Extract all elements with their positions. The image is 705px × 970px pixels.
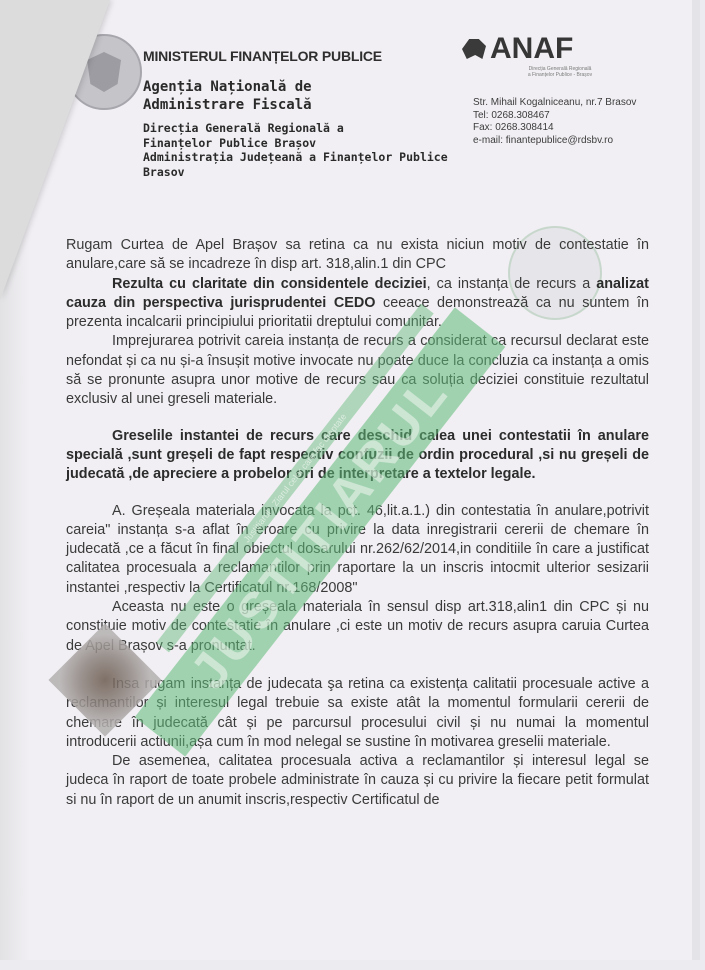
fax: Fax: 0268.308414 — [473, 122, 636, 135]
paragraph-8: De asemenea, calitatea procesuala activa… — [66, 752, 649, 810]
agency-name-line2: Administrare Fiscală — [143, 96, 312, 114]
page-fold-corner — [0, 0, 110, 300]
paragraph-1: Rugam Curtea de Apel Brașov sa retina ca… — [66, 236, 649, 275]
directorate-line4: Brasov — [143, 165, 448, 180]
paragraph-2: Rezulta cu claritate din considentele de… — [66, 275, 649, 333]
paragraph-2-bold: Rezulta cu claritate din considentele de… — [112, 276, 427, 292]
paragraph-6: Aceasta nu este o greșeala materiala în … — [66, 598, 649, 656]
romania-map-icon — [462, 39, 486, 59]
page-edge — [692, 0, 700, 960]
email: e-mail: finantepublice@rdsbv.ro — [473, 135, 636, 148]
directorate-line1: Direcția Generală Regională a — [143, 121, 448, 136]
directorate-line2: Finanțelor Publice Brașov — [143, 136, 448, 151]
anaf-subtitle-line2: a Finanțelor Publice - Brașov — [515, 72, 605, 78]
anaf-logo-subtitle: Direcția Generală Regională a Finanțelor… — [515, 66, 605, 78]
address: Str. Mihail Kogalniceanu, nr.7 Brasov — [473, 97, 636, 110]
anaf-logo-text: ANAF — [490, 32, 573, 66]
contact-block: Str. Mihail Kogalniceanu, nr.7 Brasov Te… — [473, 97, 636, 147]
ministry-title: MINISTERUL FINANȚELOR PUBLICE — [143, 48, 382, 64]
agency-name: Agenția Națională de Administrare Fiscal… — [143, 78, 312, 114]
anaf-logo: ANAF — [462, 32, 573, 66]
directorate-line3: Administrația Județeană a Finanțelor Pub… — [143, 150, 448, 165]
agency-name-line1: Agenția Națională de — [143, 78, 312, 96]
directorate-name: Direcția Generală Regională a Finanțelor… — [143, 121, 448, 179]
telephone: Tel: 0268.308467 — [473, 110, 636, 123]
paragraph-2-mid: , ca instanța de recurs a — [427, 276, 597, 292]
